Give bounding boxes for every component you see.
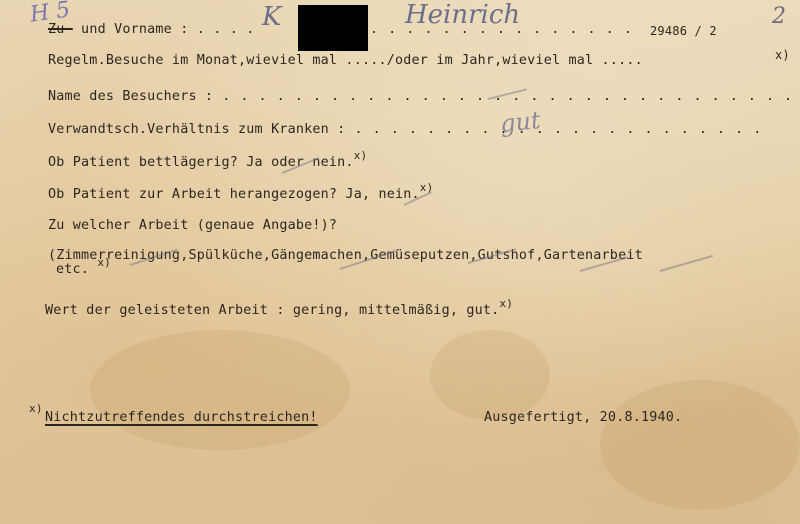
work-value-text: Wert der geleisteten Arbeit : gering, mi… xyxy=(45,303,499,318)
relationship-label: Verwandtsch.Verhältnis zum Kranken : xyxy=(48,122,345,137)
name-label: und Vorname : . . . . xyxy=(73,22,255,37)
work-value-footnote: x) xyxy=(499,297,513,310)
handwritten-first-name: Heinrich xyxy=(405,0,520,30)
redaction-box xyxy=(298,5,368,51)
bedridden-line: Ob Patient bettlägerig? Ja oder nein.x) xyxy=(48,155,367,170)
work-type-question: Zu welcher Arbeit (genaue Angabe!)? xyxy=(48,218,337,233)
work-text: Ob Patient zur Arbeit herangezogen? Ja, … xyxy=(48,187,420,202)
bedridden-footnote: x) xyxy=(354,149,368,162)
handwritten-surname: K xyxy=(262,2,281,32)
pencil-strike xyxy=(660,255,713,272)
paper-stain xyxy=(600,380,800,510)
paper-stain xyxy=(90,330,350,450)
visitor-name-line: Name des Besuchers : . . . . . . . . . .… xyxy=(48,89,793,104)
visits-text: Regelm.Besuche im Monat,wieviel mal ....… xyxy=(48,53,643,68)
record-number: 29486 / 2 xyxy=(650,24,717,38)
name-line: Zu- und Vorname : . . . . xyxy=(48,22,255,37)
patient-visit-record-card: H 5 2 Zu- und Vorname : . . . . K . . . … xyxy=(0,0,800,524)
footnote-marker: x) xyxy=(29,402,43,415)
visitor-name-label: Name des Besuchers : xyxy=(48,89,213,104)
work-type-footnote: x) xyxy=(97,256,111,269)
visits-line: Regelm.Besuche im Monat,wieviel mal ....… xyxy=(48,53,643,68)
issued-date: Ausgefertigt, 20.8.1940. xyxy=(484,410,682,425)
visitor-name-dots: . . . . . . . . . . . . . . . . . . . . … xyxy=(213,89,793,104)
footnote-text: Nichtzutreffendes durchstreichen! xyxy=(45,410,318,425)
visits-footnote: x) xyxy=(775,48,790,62)
work-value-line: Wert der geleisteten Arbeit : gering, mi… xyxy=(45,303,513,318)
work-line: Ob Patient zur Arbeit herangezogen? Ja, … xyxy=(48,187,433,202)
page-number: 2 xyxy=(772,4,786,29)
relationship-line: Verwandtsch.Verhältnis zum Kranken : . .… xyxy=(48,122,762,137)
struck-prefix: Zu- xyxy=(48,22,73,37)
paper-stain xyxy=(430,330,550,420)
handwritten-relationship: gut xyxy=(499,106,542,138)
work-type-etc-line: etc. x) xyxy=(56,262,111,277)
work-type-etc: etc. xyxy=(56,262,89,277)
relationship-dots: . . . . . . . . . . . . . . . . . . . . … xyxy=(345,122,762,137)
